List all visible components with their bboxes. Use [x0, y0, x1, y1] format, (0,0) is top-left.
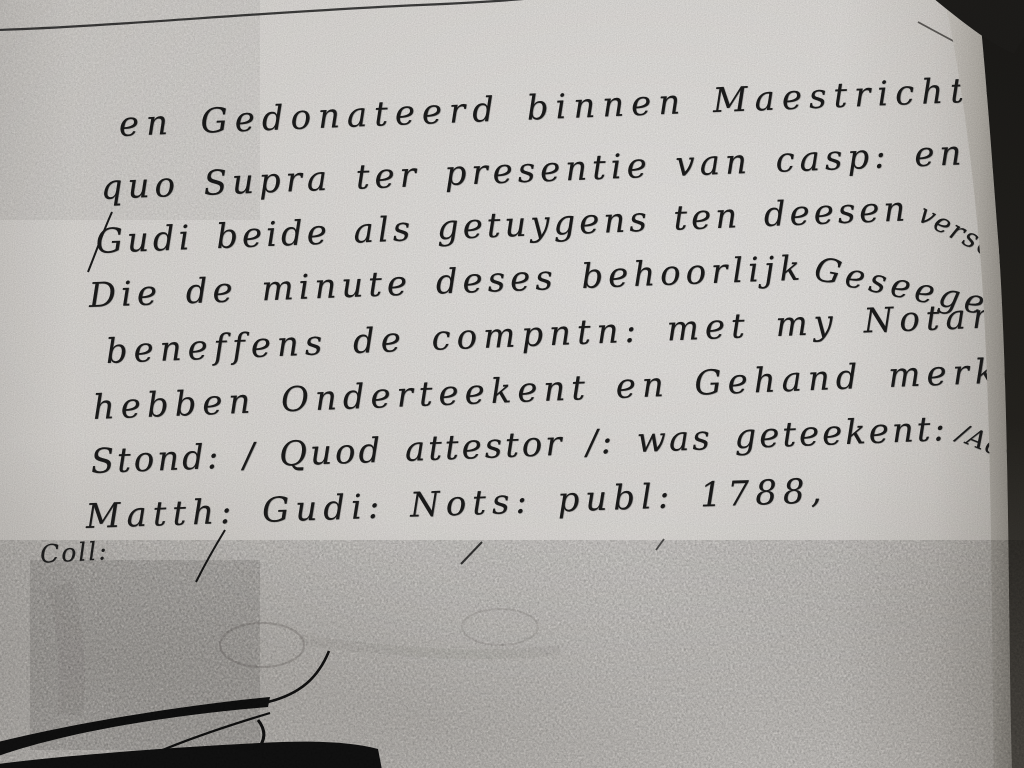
manuscript-photo: en Gedonateerd binnen Maestrichtin dato … — [0, 0, 1024, 768]
book-edge — [0, 0, 1024, 768]
